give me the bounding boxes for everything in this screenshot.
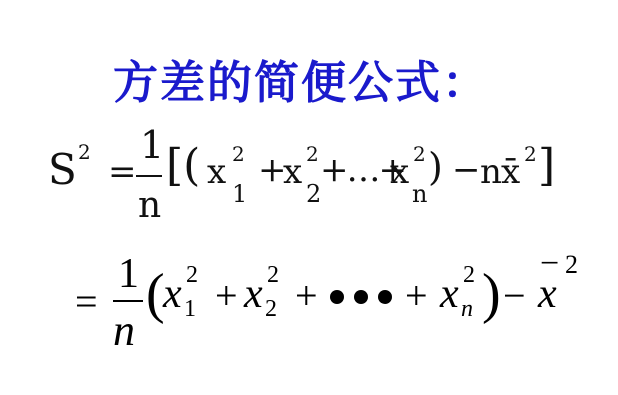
formula1-xbar-exp: 2 bbox=[524, 142, 537, 166]
formula2-minus: − bbox=[503, 272, 526, 319]
formula2-x1-sub: 1 bbox=[184, 296, 196, 323]
formula1-xbar: x̄ bbox=[501, 152, 520, 192]
formula1-den: n bbox=[138, 185, 161, 226]
formula1-x1-exp: 2 bbox=[232, 142, 245, 166]
formula2-eq: = bbox=[75, 278, 98, 325]
dot-icon bbox=[330, 290, 344, 304]
formula1-close-paren: ) bbox=[428, 145, 443, 189]
formula1-lhs-exp: 2 bbox=[78, 140, 91, 164]
formula1-n: n bbox=[480, 152, 502, 192]
formula1-lhs: S bbox=[48, 145, 77, 194]
formula2-plus3: + bbox=[405, 272, 428, 319]
formula1-close-bracket: ] bbox=[538, 140, 555, 191]
formula1-fraction-bar bbox=[136, 175, 162, 177]
formula2-xn-sub: n bbox=[461, 296, 473, 323]
formula2-xbar: x bbox=[538, 270, 557, 318]
formula1-x1: x bbox=[207, 152, 226, 192]
formula2-x2-sub: 2 bbox=[265, 296, 277, 323]
formula1-x1-sub: 1 bbox=[232, 180, 247, 208]
formula2-plus1: + bbox=[215, 272, 238, 319]
formula1-num: 1 bbox=[140, 123, 164, 167]
formula2-xbar-exp: 2 bbox=[565, 250, 578, 280]
formula2-x1-exp: 2 bbox=[186, 262, 198, 289]
formula2-den: n bbox=[113, 305, 135, 356]
formula1-eq: = bbox=[108, 152, 137, 192]
formula1-x2: x bbox=[283, 152, 302, 192]
formula2-x2-exp: 2 bbox=[267, 262, 279, 289]
dot-icon bbox=[378, 290, 392, 304]
formula2-open: ( bbox=[146, 262, 165, 326]
formula2-x1: x bbox=[163, 270, 182, 318]
formula2-xn-exp: 2 bbox=[463, 262, 475, 289]
dot-icon bbox=[354, 290, 368, 304]
formula2-close: ) bbox=[482, 262, 501, 326]
page-title: 方差的简便公式： bbox=[113, 55, 489, 111]
formula1-xn-exp: 2 bbox=[413, 142, 426, 166]
formula2-xn: x bbox=[440, 270, 459, 318]
formula1-open: [( bbox=[166, 140, 200, 191]
formula1-x2-sub: 2 bbox=[306, 180, 321, 208]
formula1-xn-sub: n bbox=[412, 180, 427, 208]
formula2-ellipsis-dots bbox=[325, 288, 397, 306]
formula2-plus2: + bbox=[295, 272, 318, 319]
formula2-fraction-bar bbox=[113, 300, 143, 302]
formula1-x2-exp: 2 bbox=[306, 142, 319, 166]
formula1-xn: x bbox=[390, 152, 409, 192]
formula2-x2: x bbox=[244, 270, 263, 318]
formula1-minus: − bbox=[452, 150, 481, 190]
formula2-num: 1 bbox=[118, 250, 139, 298]
